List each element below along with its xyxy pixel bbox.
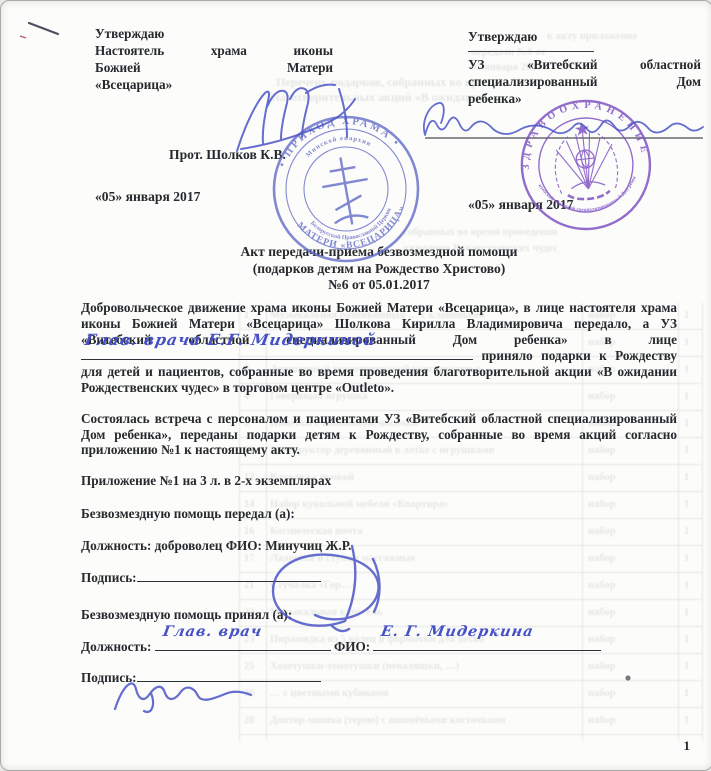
right-org-line: ребенка» xyxy=(468,90,701,107)
left-org-line: «Всецарица» xyxy=(95,76,333,93)
receiver-signature-rule xyxy=(137,669,321,682)
svg-text:Минской епархии: Минской епархии xyxy=(303,130,374,160)
title-line2: (подарков детям на Рождество Христово) xyxy=(81,261,677,278)
signature-sholkov xyxy=(237,85,355,151)
church-stamp-ring-top-text: • ПРИХОД ХРАМА • xyxy=(271,106,404,170)
giver-signature-rule xyxy=(137,569,321,582)
approval-block-right: Утверждаю УЗ «Витебский областной специа… xyxy=(468,28,701,107)
giver-position-line: Должность: доброволец ФИО: Минучиц Ж.Р. xyxy=(81,538,677,554)
orthodox-cross-icon xyxy=(318,153,375,228)
receiver-position-line: Должность: Глав. врач ФИО: Е. Г. Мидерки… xyxy=(81,638,677,655)
giver-position-value: доброволец xyxy=(155,538,223,553)
paragraph-transfer: Добровольческое движение храма иконы Бож… xyxy=(81,300,677,396)
scanned-document-page: Перечень подарков, собранных во время бл… xyxy=(0,0,711,771)
page-number: 1 xyxy=(684,738,691,754)
signature-label: Подпись: xyxy=(81,570,137,585)
ghost-table-row: 28Доктор-мишка (термо) с вишнёвыми косто… xyxy=(240,708,702,735)
date-right: «05» января 2017 xyxy=(468,197,573,213)
blank-rule xyxy=(468,51,594,52)
title-number-date: №6 от 05.01.2017 xyxy=(81,277,677,294)
document-body: Добровольческое движение храма иконы Бож… xyxy=(81,300,677,702)
fio-label: ФИО: xyxy=(334,639,370,654)
receiver-fio-rule: Е. Г. Мидеркина xyxy=(373,638,601,651)
church-stamp-inner-top-text: Минской епархии xyxy=(303,130,374,160)
church-stamp-inner-bottom-text: Белорусской Православной Церкви xyxy=(308,206,397,248)
signer-name-left: Прот. Шолков К.В. xyxy=(169,147,286,163)
receiver-heading: Безвозмездную помощь принял (а): xyxy=(81,607,677,623)
right-org-line: специализированный Дом xyxy=(468,73,701,90)
document-title: Акт передачи-приема безвозмездной помощи… xyxy=(81,244,677,294)
stray-pen-mark xyxy=(29,23,58,34)
svg-text:Белорусской Православной Церкв: Белорусской Православной Церкви xyxy=(308,206,397,248)
handwritten-recipient-name: Глав. врача Е.Г. Мидеркиной xyxy=(84,332,378,348)
attachment-note: Приложение №1 на 3 л. в 2-х экземплярах xyxy=(81,473,677,489)
approve-label-right: Утверждаю xyxy=(468,28,701,45)
title-line1: Акт передачи-приема безвозмездной помощи xyxy=(81,244,677,261)
giver-fio-value: Минучиц Ж.Р. xyxy=(265,538,351,553)
signature-miderkina-top xyxy=(424,103,703,135)
fill-in-blank: Глав. врача Е.Г. Мидеркиной xyxy=(81,347,473,360)
date-left: «05» января 2017 xyxy=(95,189,200,205)
small-red-mark xyxy=(20,36,26,38)
belarus-coat-of-arms-icon xyxy=(551,119,621,202)
giver-signature-line: Подпись: xyxy=(81,569,677,586)
paragraph-meeting: Состоялась встреча с персоналом и пациен… xyxy=(81,411,677,458)
approve-label-left: Утверждаю xyxy=(95,25,333,42)
giver-heading: Безвозмездную помощь передал (а): xyxy=(81,506,677,522)
svg-text:• ПРИХОД ХРАМА •: • ПРИХОД ХРАМА • xyxy=(271,106,404,170)
ghost-fragment: собранных во время проведения xyxy=(403,227,557,238)
left-org-line: Божией Матери xyxy=(95,59,333,76)
fio-label: ФИО: xyxy=(226,538,262,553)
position-label: Должность: xyxy=(81,538,151,553)
handwritten-fio: Е. Г. Мидеркина xyxy=(380,624,535,640)
right-org-line: УЗ «Витебский областной xyxy=(468,56,701,73)
approval-block-left: Утверждаю Настоятель храма иконы Божией … xyxy=(95,25,333,93)
left-org-line: Настоятель храма иконы xyxy=(95,42,333,59)
receiver-signature-line: Подпись: xyxy=(81,669,677,686)
receiver-position-rule: Глав. врач xyxy=(155,638,331,651)
position-label: Должность: xyxy=(81,639,151,654)
signature-label: Подпись: xyxy=(81,670,137,685)
health-department-stamp: ЗДРАВООХРАНЕНИЕ Витебский областной спец… xyxy=(504,88,668,245)
handwritten-position: Глав. врач xyxy=(161,624,263,640)
